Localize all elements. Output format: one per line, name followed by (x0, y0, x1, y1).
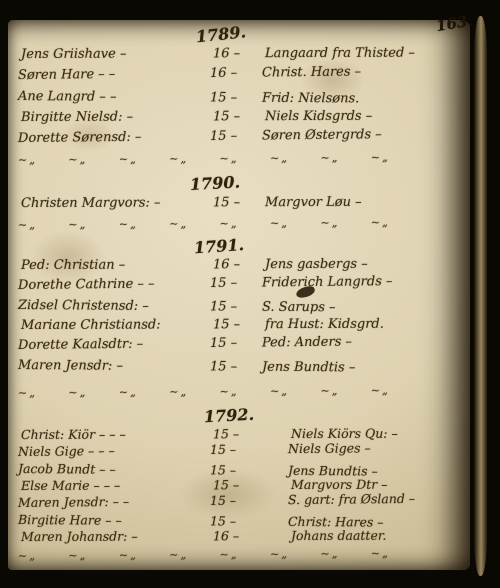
section-1792: 1792. Christ: Kiör – – – 15 – Niels Kiör… (18, 406, 440, 563)
entry-note: Niels Giges – (262, 439, 440, 458)
register-row: Maren Jensdr: – 15 – Jens Bundtis – (18, 356, 440, 379)
entry-age: 15 – (210, 491, 262, 509)
entry-note: Jens Bundtis – (262, 358, 440, 379)
entry-age: 15 – (210, 125, 262, 147)
entry-name: Niels Gige – – – (18, 441, 210, 460)
entry-note: Ped: Anders – (262, 332, 440, 354)
entry-note: Margvor Løu – (265, 192, 443, 214)
entry-name: Dorethe Cathrine – – (18, 274, 210, 296)
entry-note: Søren Østergrds – (262, 124, 440, 147)
entry-name: Jens Griishave – (21, 43, 213, 65)
entry-age: 15 – (210, 333, 262, 354)
entry-name: Maren Johansdr: – (21, 527, 213, 545)
entry-name: Dorette Kaalsdtr: – (18, 334, 210, 356)
entry-note: S. gart: fra Øsland – (262, 490, 440, 509)
entry-note: Johans daatter. (265, 527, 443, 545)
entry-name: Ped: Christian – (21, 255, 213, 276)
page-number: 163. (435, 11, 477, 35)
entry-age: 16 – (210, 62, 262, 84)
entry-name: Maren Jensdr: – (18, 356, 210, 377)
entry-name: Mariane Christiansd: (21, 315, 213, 336)
entry-name: Maren Jensdr: – – (18, 492, 210, 511)
entry-note: Friderich Langrds – (262, 272, 440, 294)
entry-age: 15 – (210, 273, 262, 294)
entry-age: 15 – (210, 440, 262, 458)
entry-name: Dorette Sørensd: – (18, 126, 210, 149)
entry-age: 15 – (213, 106, 265, 127)
register-row: Maren Jensdr: – – 15 – S. gart: fra Øsla… (18, 490, 440, 511)
entry-age: 16 – (213, 43, 265, 64)
section-1790: 1790. Christen Margvors: – 15 – Margvor … (18, 173, 440, 232)
entry-name: Ane Langrd – – (18, 86, 210, 108)
entry-name: Zidsel Christensd: – (18, 296, 210, 317)
entry-age: 16 – (213, 255, 265, 275)
section-1791: 1791. Ped: Christian – 16 – Jens gasberg… (18, 236, 440, 400)
register-row: Søren Hare – – 16 – Christ. Hares – (18, 61, 440, 86)
register-row: Dorette Sørensd: – 15 – Søren Østergrds … (18, 124, 440, 149)
register-row: Maren Johansdr: – 16 – Johans daatter. (21, 527, 443, 545)
register-row: Dorethe Cathrine – – 15 – Friderich Lang… (18, 272, 440, 296)
entry-name: Christen Margvors: – (21, 192, 213, 214)
entry-age: 15 – (213, 315, 265, 335)
scanned-register-page: 163. 1789. Jens Griishave – 16 – Langaar… (0, 0, 500, 588)
register-row: Niels Gige – – – 15 – Niels Giges – (18, 439, 440, 460)
register-row: Christen Margvors: – 15 – Margvor Løu – (21, 192, 443, 214)
entry-age: 15 – (213, 192, 265, 213)
section-1789: 1789. Jens Griishave – 16 – Langaard fra… (18, 24, 440, 167)
entry-name: Birgitte Nielsd: – (21, 106, 213, 128)
register-content: 1789. Jens Griishave – 16 – Langaard fra… (18, 24, 440, 570)
entry-note: Christ. Hares – (262, 61, 440, 84)
entry-name: Søren Hare – – (18, 63, 210, 86)
binding-page-edge (474, 16, 487, 576)
ditto-separator: ~„ ~„ ~„ ~„ ~„ ~„ ~„ ~„ (18, 546, 440, 565)
entry-age: 16 – (213, 527, 265, 544)
register-row: Dorette Kaalsdtr: – 15 – Ped: Anders – (18, 332, 440, 356)
entry-age: 15 – (210, 357, 262, 377)
